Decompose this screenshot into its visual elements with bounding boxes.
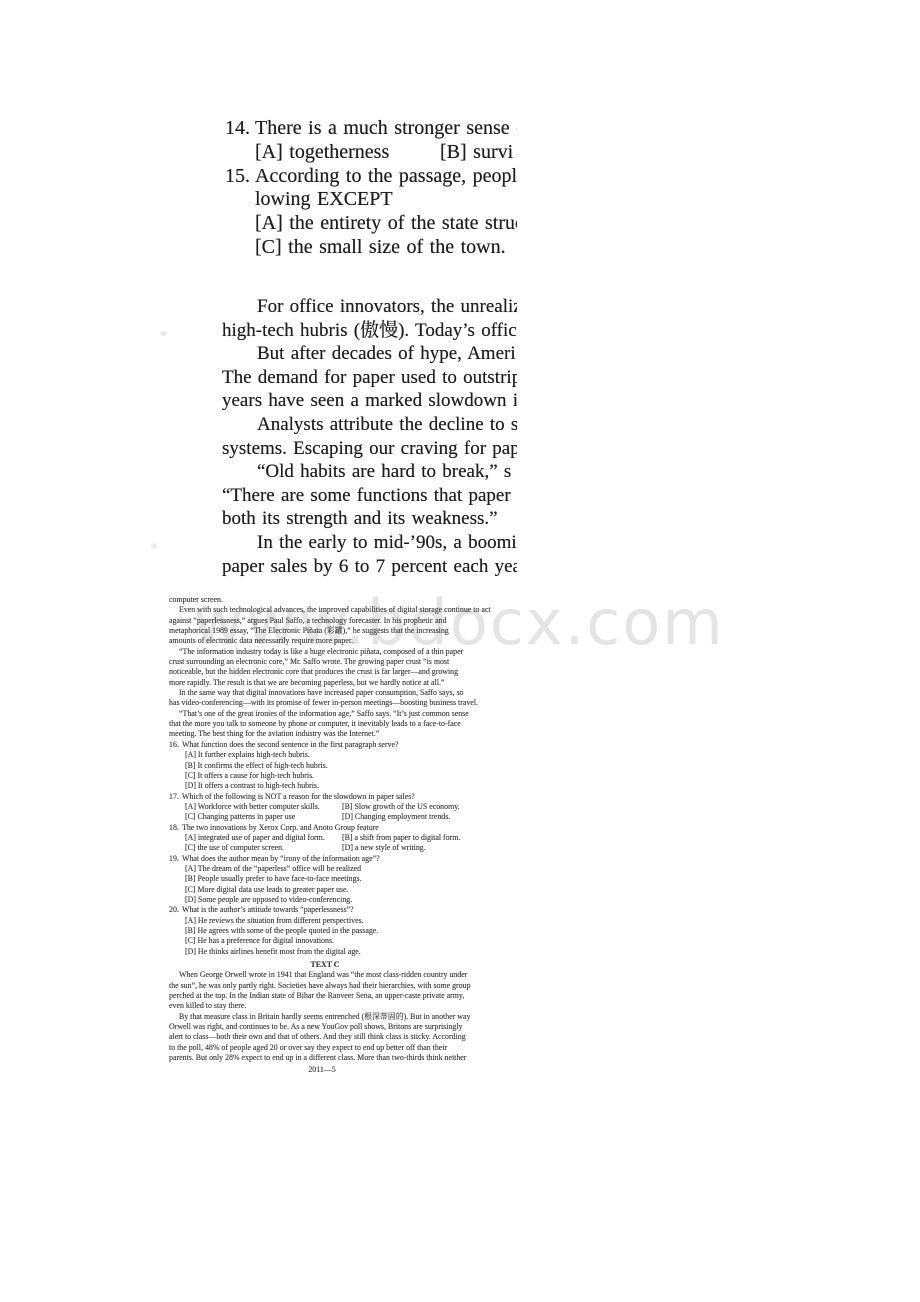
text-line: The demand for paper used to outstrip [222,366,517,390]
option-line: [D] He thinks airlines benefit most from… [169,947,509,957]
question-line: 19.What does the author mean by “irony o… [169,854,509,864]
question-text: What function does the second sentence i… [182,740,398,749]
option-label: [B] Slow growth of the US economy. [342,802,460,812]
scan-artifact-speck [151,543,157,549]
text-line: crust surrounding an electronic core,” M… [169,657,509,667]
text-line: even killed to stay there. [169,1001,509,1011]
question-text: There is a much stronger sense of [255,117,517,139]
text-line: “Old habits are hard to break,” s [222,460,517,484]
scan-page: computer screen.Even with such technolog… [169,595,509,1087]
question-text: What is the author’s attitude towards “p… [182,905,354,914]
options-row: [A] integrated use of paper and digital … [169,833,509,843]
question-line: 18.The two innovations by Xerox Corp. an… [169,823,509,833]
text-line: “That’s one of the great ironies of the … [169,709,509,719]
question-number: 19. [169,854,182,864]
section-heading: TEXT C [169,960,509,970]
text-line: meeting. The best thing for the aviation… [169,729,509,739]
text-line: But after decades of hype, Ameri [222,342,517,366]
text-line: lowing EXCEPT [225,188,517,212]
options-row: [C] the use of computer screen.[D] a new… [169,843,509,853]
option-line: [C] He has a preference for digital inno… [169,936,509,946]
question-line: 17.Which of the following is NOT a reaso… [169,792,509,802]
text-line: In the same way that digital innovations… [169,688,509,698]
text-line: computer screen. [169,595,509,605]
option-label: [A] togetherness [255,141,389,163]
options-row: [C] Changing patterns in paper use[D] Ch… [169,812,509,822]
text-line: both its strength and its weakness.” [222,507,517,531]
text-line: amounts of electronic data necessarily r… [169,636,509,646]
option-line: [C] It offers a cause for high-tech hubr… [169,771,509,781]
text-line: more rapidly. The result is that we are … [169,678,509,688]
option-line: [A] He reviews the situation from differ… [169,916,509,926]
option-label: [A] Workforce with better computer skill… [185,802,320,811]
option-line: [B] It confirms the effect of high-tech … [169,761,509,771]
excerpt-questions: 14.There is a much stronger sense of[A] … [225,117,517,263]
question-text: Which of the following is NOT a reason f… [182,792,415,801]
text-line: paper sales by 6 to 7 percent each yea [222,555,517,579]
text-line: has video-conferencing—with its promise … [169,698,509,708]
text-line: Even with such technological advances, t… [169,605,509,615]
text-line: years have seen a marked slowdown in [222,389,517,413]
option-label: [C] Changing patterns in paper use [185,812,295,821]
options-row: [A] togetherness[B] survi [225,141,517,165]
question-number: 17. [169,792,182,802]
question-line: 16.What function does the second sentenc… [169,740,509,750]
text-line: By that measure class in Britain hardly … [169,1012,509,1022]
text-line: “The information industry today is like … [169,647,509,657]
text-line: For office innovators, the unrealiz [222,295,517,319]
text-line: alert to class—both their own and that o… [169,1032,509,1042]
question-text: The two innovations by Xerox Corp. and A… [182,823,379,832]
question-number: 16. [169,740,182,750]
option-label: [A] integrated use of paper and digital … [185,833,325,842]
question-number: 14. [225,117,255,141]
question-number: 20. [169,905,182,915]
option-line: [D] It offers a contrast to high-tech hu… [169,781,509,791]
option-line: [A] It further explains high-tech hubris… [169,750,509,760]
text-line: against “paperlessness,” argues Paul Saf… [169,616,509,626]
text-line: parents. But only 28% expect to end up i… [169,1053,509,1063]
scan-artifact-speck [160,331,167,336]
option-label: [D] a new style of writing. [342,843,426,853]
question-text: What does the author mean by “irony of t… [182,854,380,863]
option-line: [C] More digital data use leads to great… [169,885,509,895]
text-line: to the poll, 48% of people aged 20 or ov… [169,1043,509,1053]
text-line: “There are some functions that paper ser… [222,484,517,508]
option-label: [C] the use of computer screen. [185,843,284,852]
question-line: 15.According to the passage, people [225,165,517,189]
question-line: 14.There is a much stronger sense of [225,117,517,141]
text-line: When George Orwell wrote in 1941 that En… [169,970,509,980]
text-line: Orwell was right, and continues to be. A… [169,1022,509,1032]
text-line: Analysts attribute the decline to such [222,413,517,437]
question-line: 20.What is the author’s attitude towards… [169,905,509,915]
option-line: [A] The dream of the “paperless” office … [169,864,509,874]
option-label: [D] Changing employment trends. [342,812,450,822]
text-line: noticeable, but the hidden electronic co… [169,667,509,677]
excerpt-passage: For office innovators, the unrealizhigh-… [222,295,517,579]
page-number: 2011—5 [169,1065,509,1075]
text-line: [A] the entirety of the state struc [225,212,517,236]
question-number: 18. [169,823,182,833]
text-line: systems. Escaping our craving for pape [222,437,517,461]
option-line: [B] People usually prefer to have face-t… [169,874,509,884]
scanned-exam-page: www.bdocx.com 14.There is a much stronge… [0,0,920,1302]
question-text: According to the passage, people [255,165,517,187]
option-line: [B] He agrees with some of the people qu… [169,926,509,936]
option-label: [B] survi [440,141,513,165]
text-line: perched at the top. In the Indian state … [169,991,509,1001]
text-line: that the more you talk to someone by pho… [169,719,509,729]
options-row: [A] Workforce with better computer skill… [169,802,509,812]
text-line: [C] the small size of the town. [225,236,517,260]
text-line: high-tech hubris (傲慢). Today’s offic [222,319,517,343]
text-line: metaphorical 1989 essay, “The Electronic… [169,626,509,636]
text-line: the sun”, he was only partly right. Soci… [169,981,509,991]
option-label: [B] a shift from paper to digital form. [342,833,460,843]
question-number: 15. [225,165,255,189]
text-line: In the early to mid-’90s, a boomin [222,531,517,555]
option-line: [D] Some people are opposed to video-con… [169,895,509,905]
